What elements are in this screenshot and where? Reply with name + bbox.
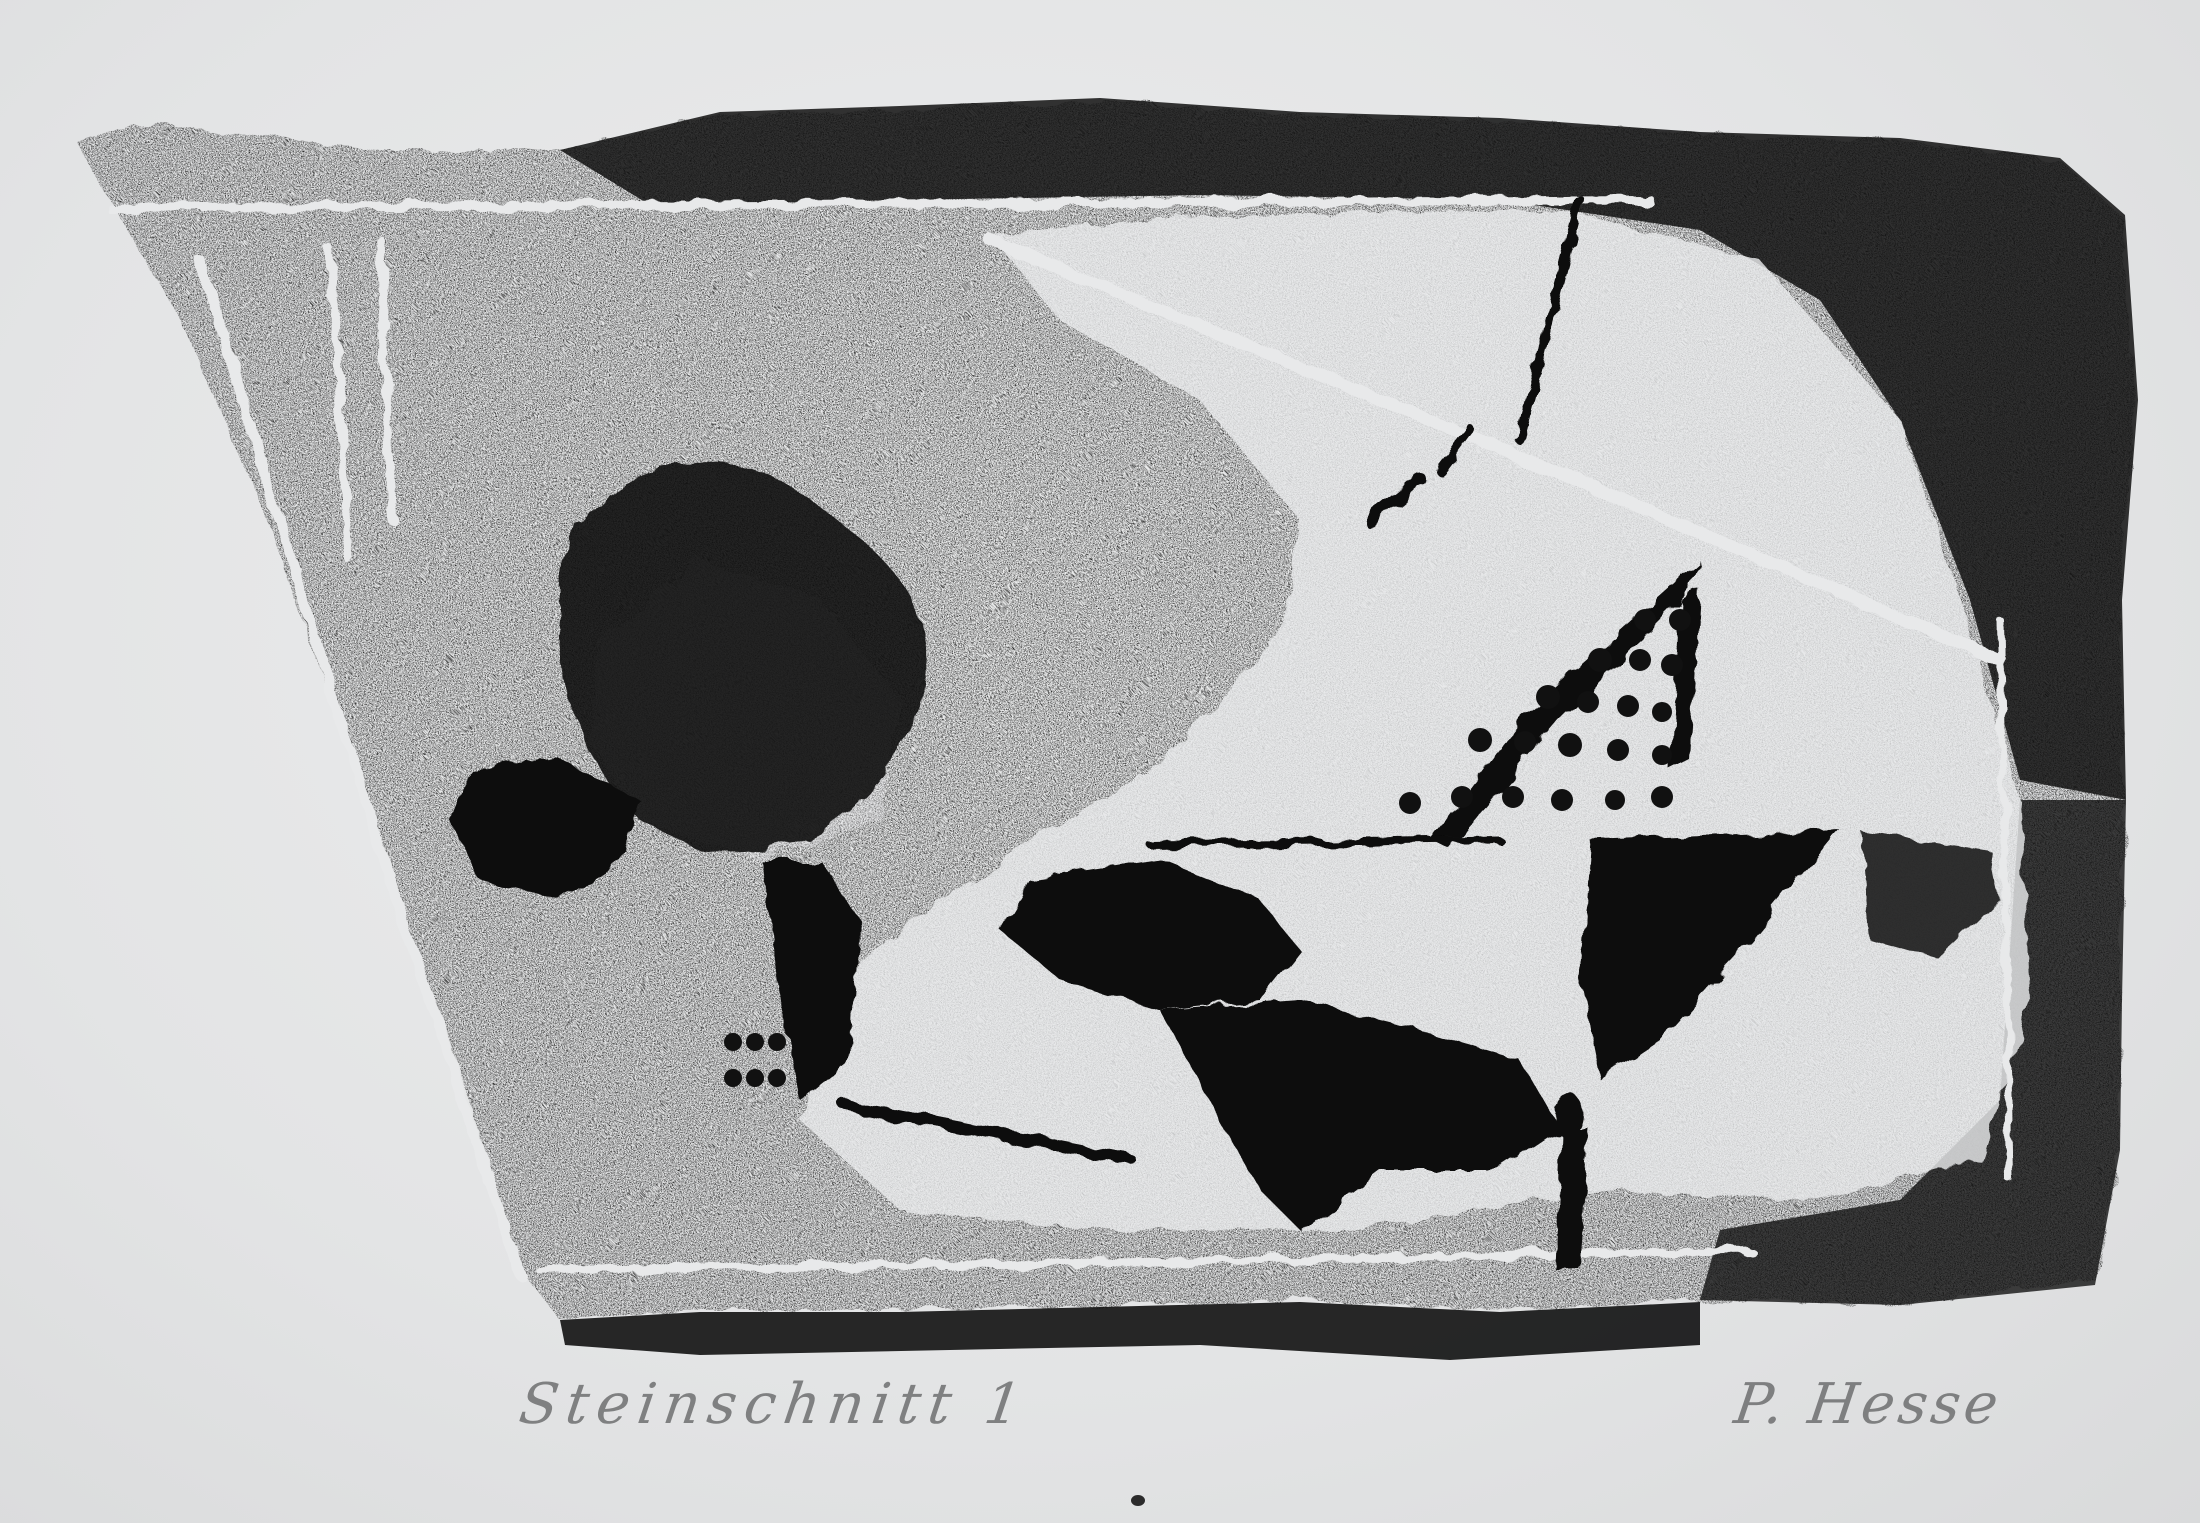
- artist-signature: P. Hesse: [1730, 1372, 2006, 1437]
- stone-cut-print: [0, 0, 2200, 1523]
- pencil-mark: [1131, 1495, 1145, 1506]
- title-caption: Steinschnitt 1: [515, 1372, 1033, 1437]
